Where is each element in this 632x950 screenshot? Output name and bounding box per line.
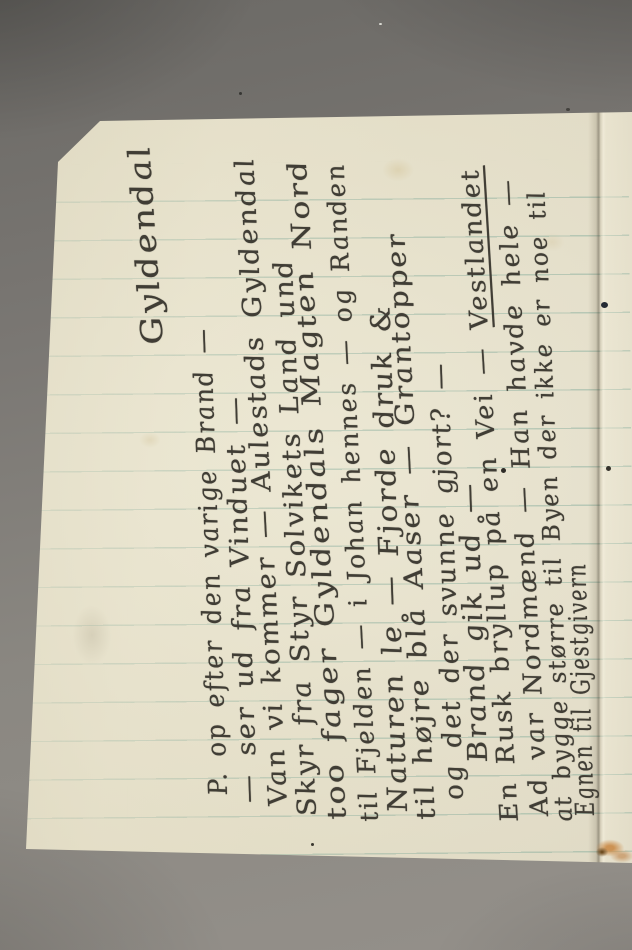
handwritten-line: Egnen til Gjestgivern [563,562,602,816]
underlined-word: Vestlandet [455,165,494,332]
dust-fleck [566,108,570,111]
notebook-page: 2 GyldendalP. op efter den varige Brand … [0,0,632,950]
photograph-background: 2 GyldendalP. op efter den varige Brand … [0,0,632,950]
handwritten-line: Gyldendal [123,143,171,345]
page-number: 2 [37,125,52,148]
dust-fleck [379,23,382,25]
dust-fleck [239,92,242,95]
handwritten-text: GyldendalP. op efter den varige Brand ——… [0,0,632,950]
